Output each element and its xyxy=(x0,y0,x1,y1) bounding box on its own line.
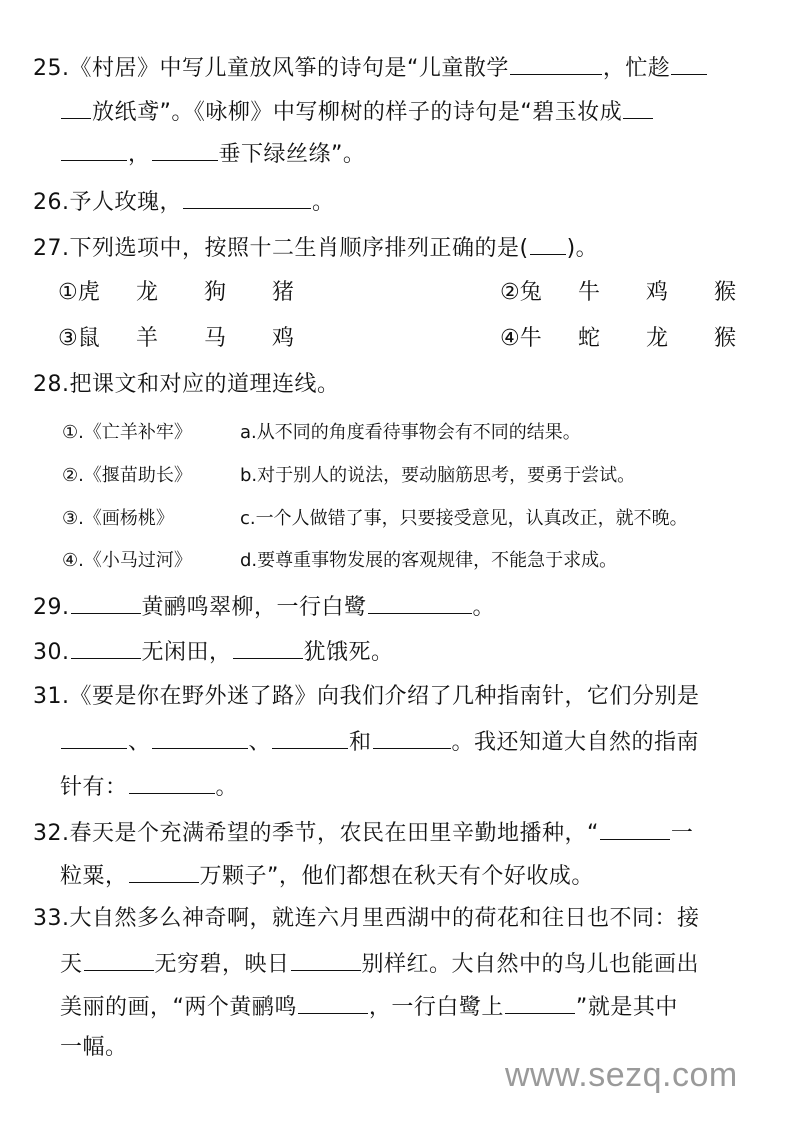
q28-row-4[interactable]: ④.《小马过河》d.要尊重事物发展的客观规律，不能急于求成。 xyxy=(62,548,617,574)
option-item: ③鼠 xyxy=(58,324,136,354)
q27-option-4[interactable]: ④牛蛇龙猴 xyxy=(500,324,782,354)
answer-blank[interactable] xyxy=(71,636,141,659)
q31-text: 和 xyxy=(349,730,372,755)
q31-line1: 31.《要是你在野外迷了路》向我们介绍了几种指南针，它们分别是 xyxy=(33,682,700,712)
q25-text: ， xyxy=(128,142,151,167)
answer-blank[interactable] xyxy=(510,52,602,75)
q33-line1: 33.大自然多么神奇啊，就连六月里西湖中的荷花和往日也不同：接 xyxy=(33,904,700,934)
answer-blank[interactable] xyxy=(129,860,199,883)
q33-text: 别样红。大自然中的鸟儿也能画出 xyxy=(362,952,700,977)
option-item: ④牛 xyxy=(500,324,578,354)
q33-line3: 美丽的画，“两个黄鹂鸣，一行白鹭上”就是其中 xyxy=(60,991,678,1023)
option-item: 蛇 xyxy=(578,324,646,354)
answer-blank[interactable] xyxy=(71,591,141,614)
option-item: 猴 xyxy=(714,324,782,354)
q32-text: 一 xyxy=(671,821,694,846)
q27-stem: 27.下列选项中，按照十二生肖顺序排列正确的是()。 xyxy=(33,232,598,264)
answer-blank[interactable] xyxy=(61,138,127,161)
q25-line2: 放纸鸢”。《咏柳》中写柳树的样子的诗句是“碧玉妆成 xyxy=(60,96,654,128)
q31-text: 、 xyxy=(249,730,272,755)
q31-line3: 针有：。 xyxy=(60,771,238,803)
q26: 26.予人玫瑰，。 xyxy=(33,186,335,218)
q33-text: 天 xyxy=(60,952,83,977)
q32-line2: 粒粟，万颗子”，他们都想在秋天有个好收成。 xyxy=(60,860,594,892)
q25-text: 放纸鸢”。《咏柳》中写柳树的样子的诗句是“碧玉妆成 xyxy=(92,100,622,125)
answer-blank[interactable] xyxy=(298,991,368,1014)
question-number: 29. xyxy=(33,595,70,620)
q27-option-3[interactable]: ③鼠羊马鸡 xyxy=(58,324,340,354)
q25-line3: ，垂下绿丝绦”。 xyxy=(60,138,365,170)
q29: 29.黄鹂鸣翠柳，一行白鹭。 xyxy=(33,591,495,623)
option-item: 鸡 xyxy=(646,278,714,308)
q32-line1: 32.春天是个充满希望的季节，农民在田里辛勤地播种，“一 xyxy=(33,817,693,849)
option-item: ②兔 xyxy=(500,278,578,308)
q32-text: 32.春天是个充满希望的季节，农民在田里辛勤地播种，“ xyxy=(33,821,599,846)
lesson-title: ②.《揠苗助长》 xyxy=(62,463,240,489)
q27-option-2[interactable]: ②兔牛鸡猴 xyxy=(500,278,782,308)
q33-text: ，一行白鹭上 xyxy=(369,995,504,1020)
q29-text: 黄鹂鸣翠柳，一行白鹭 xyxy=(142,595,367,620)
lesson-title: ①.《亡羊补牢》 xyxy=(62,420,240,446)
q25-line1: 25.《村居》中写儿童放风筝的诗句是“儿童散学，忙趁 xyxy=(33,52,708,84)
q33-text: 无穷碧，映日 xyxy=(155,952,290,977)
q26-text: 26.予人玫瑰， xyxy=(33,190,182,215)
watermark: www.sezq.com xyxy=(505,1056,738,1095)
answer-blank[interactable] xyxy=(600,817,670,840)
q25-text: 垂下绿丝绦”。 xyxy=(219,142,366,167)
answer-blank[interactable] xyxy=(272,726,348,749)
answer-blank[interactable] xyxy=(152,726,248,749)
answer-blank[interactable] xyxy=(373,726,451,749)
q29-text: 。 xyxy=(473,595,496,620)
option-item: 龙 xyxy=(646,324,714,354)
option-item: 猴 xyxy=(714,278,782,308)
option-item: 狗 xyxy=(204,278,272,308)
q31-line2: 、、和。我还知道大自然的指南 xyxy=(60,726,699,758)
option-item: 龙 xyxy=(136,278,204,308)
answer-blank[interactable] xyxy=(368,591,472,614)
q28-row-3[interactable]: ③.《画杨桃》c.一个人做错了事，只要接受意见，认真改正，就不晚。 xyxy=(62,506,688,532)
answer-blank[interactable] xyxy=(233,636,303,659)
lesson-moral: a.从不同的角度看待事物会有不同的结果。 xyxy=(240,422,581,443)
option-item: 牛 xyxy=(578,278,646,308)
q31-text: 。我还知道大自然的指南 xyxy=(452,730,700,755)
answer-blank[interactable] xyxy=(61,96,91,119)
q28-row-1[interactable]: ①.《亡羊补牢》a.从不同的角度看待事物会有不同的结果。 xyxy=(62,420,581,446)
option-item: 羊 xyxy=(136,324,204,354)
option-item: 鸡 xyxy=(272,324,340,354)
q28-stem: 28.把课文和对应的道理连线。 xyxy=(33,370,340,400)
question-number: 30. xyxy=(33,640,70,665)
q30: 30.无闲田，犹饿死。 xyxy=(33,636,394,668)
answer-blank[interactable] xyxy=(61,726,127,749)
q32-text: 粒粟， xyxy=(60,864,128,889)
q27-text: 27.下列选项中，按照十二生肖顺序排列正确的是( xyxy=(33,236,529,261)
q27-option-1[interactable]: ①虎龙狗猪 xyxy=(58,278,340,308)
option-item: 马 xyxy=(204,324,272,354)
answer-blank[interactable] xyxy=(183,186,311,209)
q33-text: 美丽的画，“两个黄鹂鸣 xyxy=(60,995,297,1020)
q28-row-2[interactable]: ②.《揠苗助长》b.对于别人的说法，要动脑筋思考，要勇于尝试。 xyxy=(62,463,635,489)
q30-text: 无闲田， xyxy=(142,640,232,665)
lesson-moral: d.要尊重事物发展的客观规律，不能急于求成。 xyxy=(240,550,617,571)
answer-blank[interactable] xyxy=(152,138,218,161)
q33-line2: 天无穷碧，映日别样红。大自然中的鸟儿也能画出 xyxy=(60,948,699,980)
q26-text: 。 xyxy=(312,190,335,215)
lesson-title: ④.《小马过河》 xyxy=(62,548,240,574)
q31-text: 。 xyxy=(216,775,239,800)
q30-text: 犹饿死。 xyxy=(304,640,394,665)
q31-text: 针有： xyxy=(60,775,128,800)
q25-text: 25.《村居》中写儿童放风筝的诗句是“儿童散学 xyxy=(33,56,509,81)
q33-line4: 一幅。 xyxy=(60,1033,128,1063)
lesson-moral: b.对于别人的说法，要动脑筋思考，要勇于尝试。 xyxy=(240,465,635,486)
answer-blank[interactable] xyxy=(623,96,653,119)
lesson-moral: c.一个人做错了事，只要接受意见，认真改正，就不晚。 xyxy=(240,508,688,529)
q33-text: ”就是其中 xyxy=(576,995,678,1020)
answer-blank[interactable] xyxy=(671,52,707,75)
answer-blank[interactable] xyxy=(530,232,566,255)
answer-blank[interactable] xyxy=(129,771,215,794)
q27-text: )。 xyxy=(567,236,599,261)
q31-text: 、 xyxy=(128,730,151,755)
answer-blank[interactable] xyxy=(505,991,575,1014)
answer-blank[interactable] xyxy=(84,948,154,971)
q32-text: 万颗子”，他们都想在秋天有个好收成。 xyxy=(200,864,594,889)
option-item: ①虎 xyxy=(58,278,136,308)
option-item: 猪 xyxy=(272,278,340,308)
answer-blank[interactable] xyxy=(291,948,361,971)
q25-text: ，忙趁 xyxy=(603,56,671,81)
lesson-title: ③.《画杨桃》 xyxy=(62,506,240,532)
